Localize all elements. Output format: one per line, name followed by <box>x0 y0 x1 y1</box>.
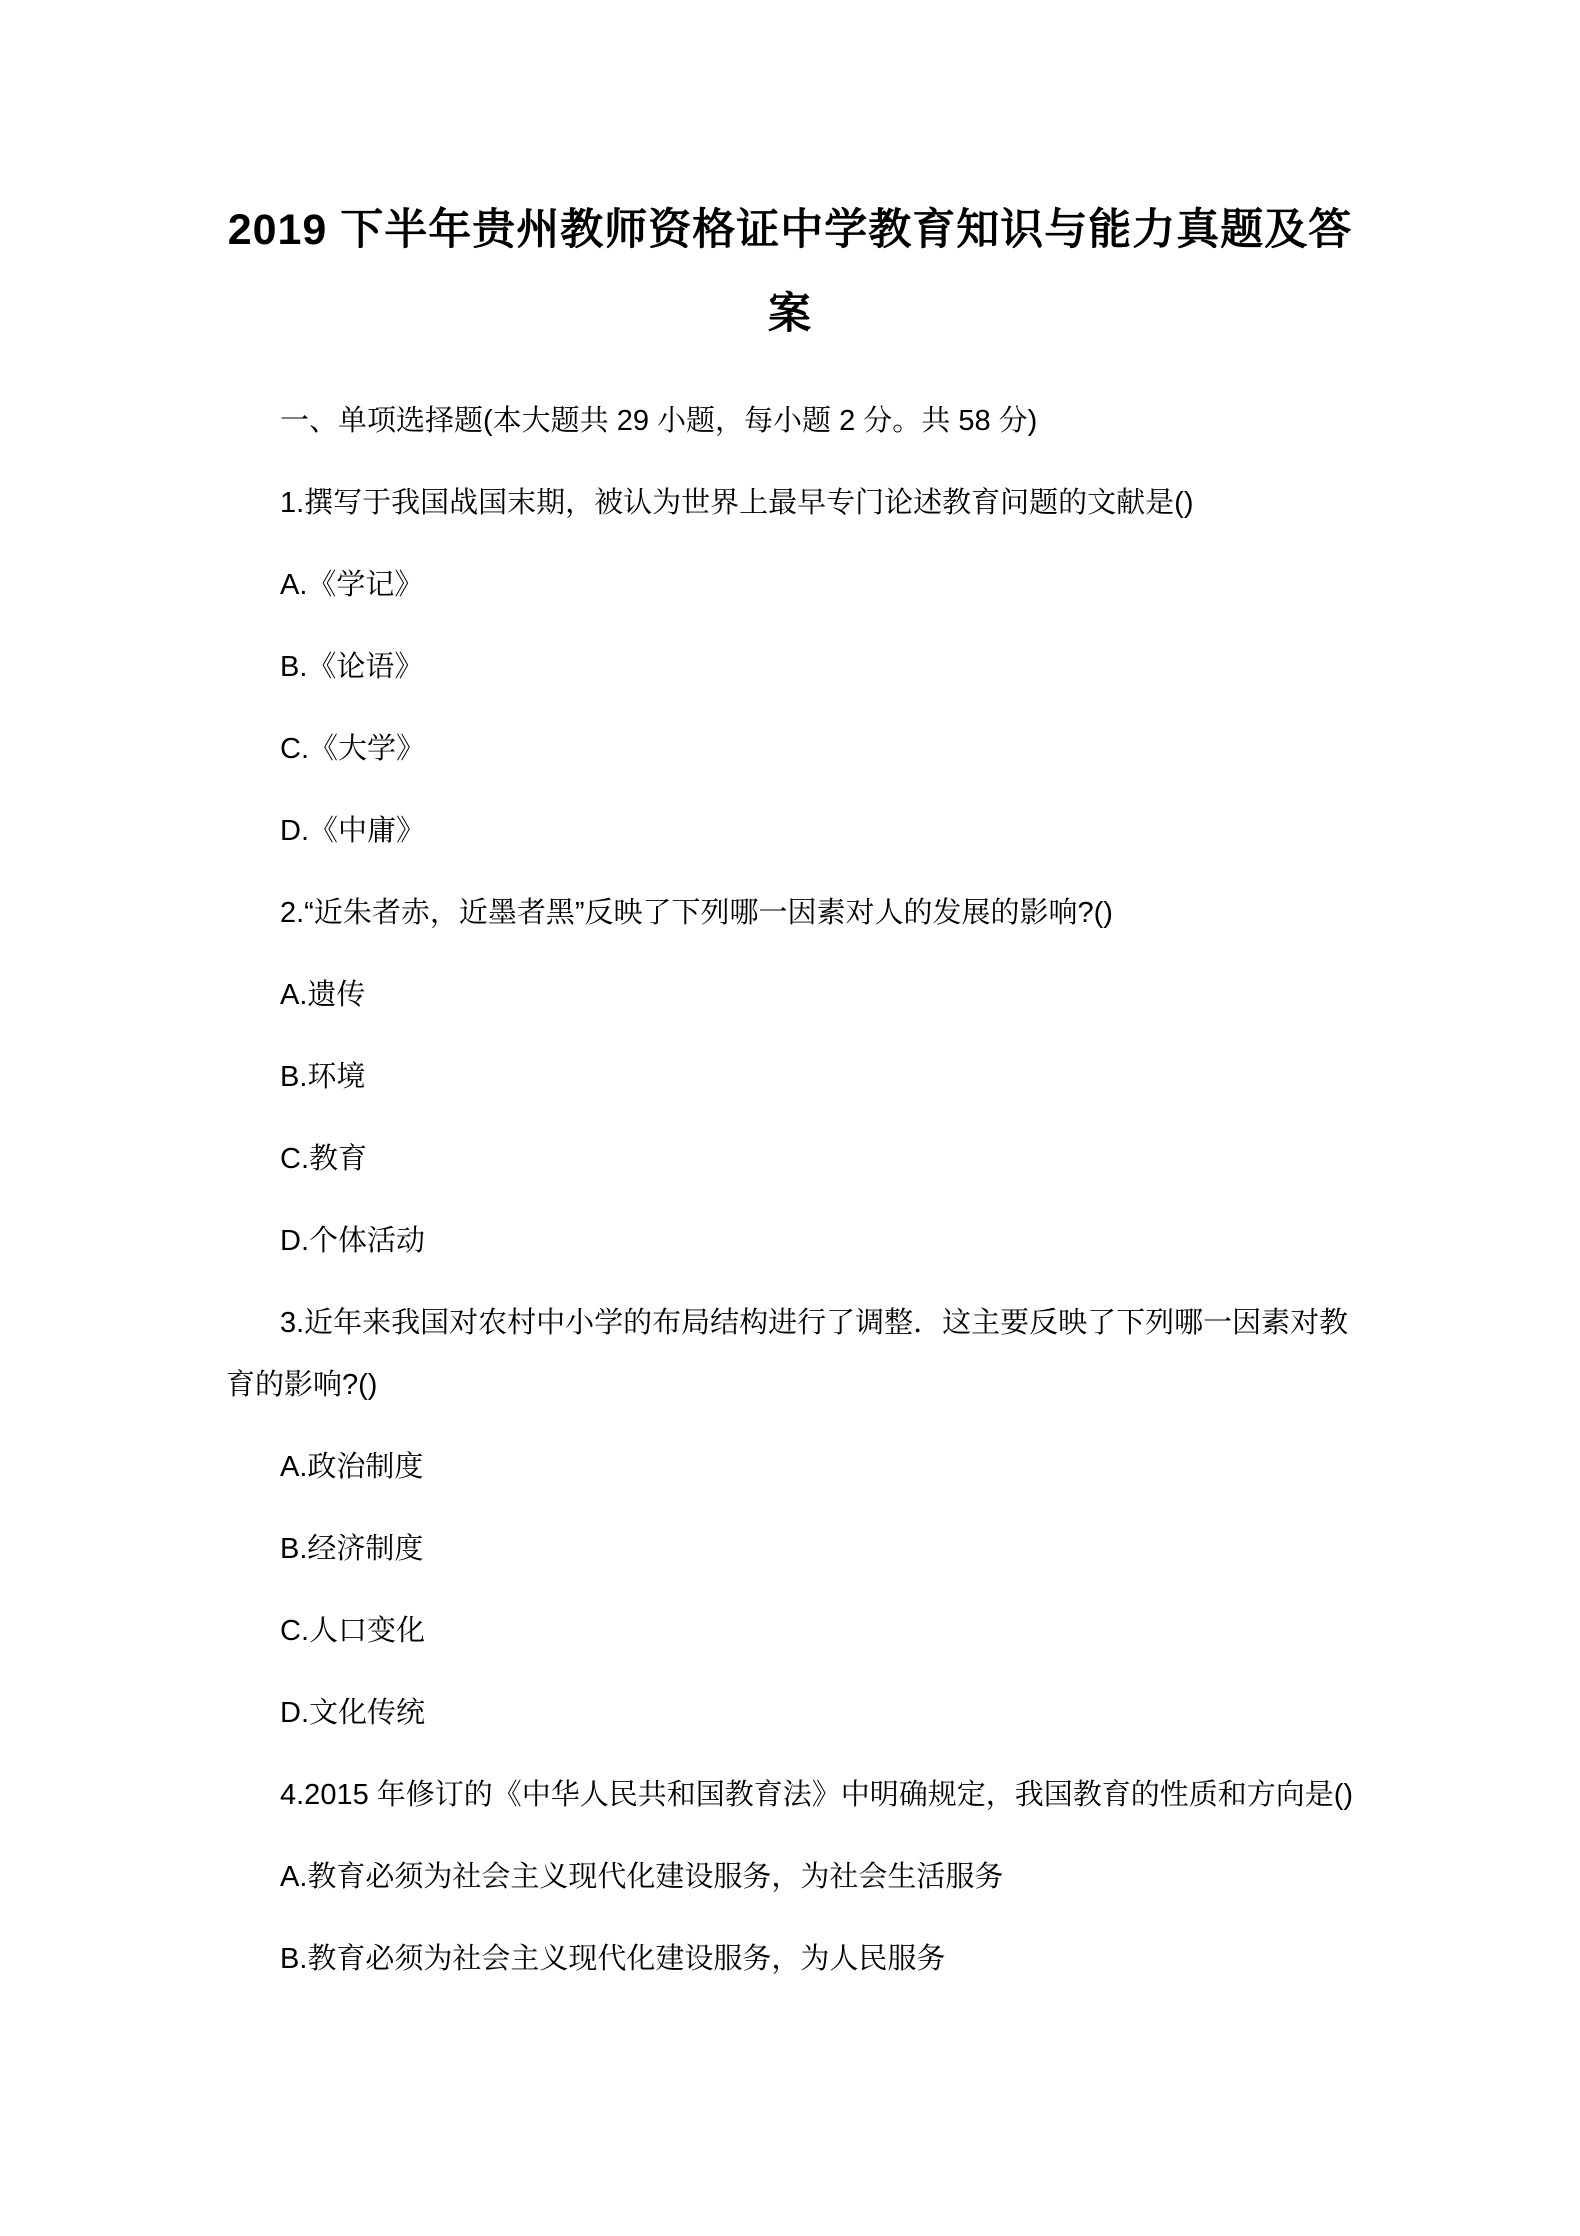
question-1-option-b: B.《论语》 <box>226 636 1354 698</box>
document-page: 2019 下半年贵州教师资格证中学教育知识与能力真题及答 案 一、单项选择题(本… <box>0 0 1580 2236</box>
question-2-stem: 2.“近朱者赤，近墨者黑”反映了下列哪一因素对人的发展的影响?() <box>226 882 1354 944</box>
question-4-option-a: A.教育必须为社会主义现代化建设服务，为社会生活服务 <box>226 1846 1354 1908</box>
question-3-stem-line-2: 育的影响?() <box>226 1369 377 1401</box>
question-4-stem: 4.2015 年修订的《中华人民共和国教育法》中明确规定，我国教育的性质和方向是… <box>226 1764 1354 1826</box>
question-3-option-d: D.文化传统 <box>226 1682 1354 1744</box>
question-1-option-c: C.《大学》 <box>226 718 1354 780</box>
question-1-stem: 1.撰写于我国战国末期，被认为世界上最早专门论述教育问题的文献是() <box>226 472 1354 534</box>
question-3-stem: 3.近年来我国对农村中小学的布局结构进行了调整．这主要反映了下列哪一因素对教育的… <box>226 1292 1354 1416</box>
question-2-option-c: C.教育 <box>226 1128 1354 1190</box>
question-3-option-b: B.经济制度 <box>226 1518 1354 1580</box>
question-3-option-a: A.政治制度 <box>226 1436 1354 1498</box>
title-line-1: 2019 下半年贵州教师资格证中学教育知识与能力真题及答 <box>226 188 1354 272</box>
section-heading: 一、单项选择题(本大题共 29 小题，每小题 2 分。共 58 分) <box>226 390 1354 452</box>
question-1-option-a: A.《学记》 <box>226 554 1354 616</box>
question-2-option-d: D.个体活动 <box>226 1210 1354 1272</box>
question-3-option-c: C.人口变化 <box>226 1600 1354 1662</box>
question-3-stem-line-1: 3.近年来我国对农村中小学的布局结构进行了调整．这主要反映了下列哪一因素对教 <box>280 1307 1348 1339</box>
question-2-option-a: A.遗传 <box>226 964 1354 1026</box>
question-2-option-b: B.环境 <box>226 1046 1354 1108</box>
title-line-2: 案 <box>226 272 1354 356</box>
question-4-option-b: B.教育必须为社会主义现代化建设服务，为人民服务 <box>226 1928 1354 1990</box>
document-title: 2019 下半年贵州教师资格证中学教育知识与能力真题及答 案 <box>226 188 1354 356</box>
question-1-option-d: D.《中庸》 <box>226 800 1354 862</box>
